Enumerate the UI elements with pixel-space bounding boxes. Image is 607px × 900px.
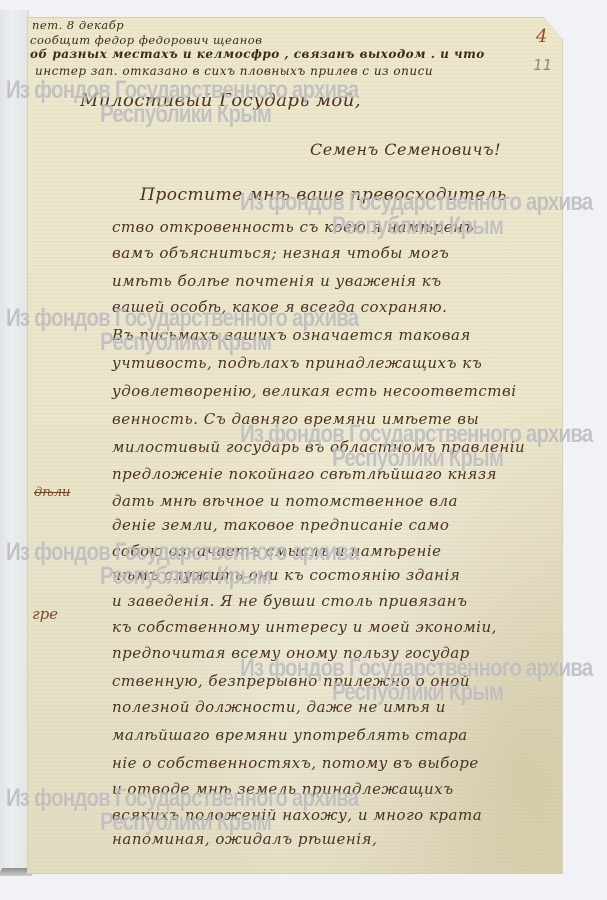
body-line-21: малѣйшаго времяни употреблять стара xyxy=(112,726,468,744)
body-line-15: чѣмъ служить они къ состоянію зданія xyxy=(112,566,460,584)
body-line-17: къ собственному интересу и моей экономіи… xyxy=(112,618,497,636)
top-note-4: инстер зап. отказано в сихъ пловныхъ при… xyxy=(35,64,433,78)
body-line-22: ніе о собственностяхъ, потому въ выборе xyxy=(112,754,479,772)
salutation: Милостивый Государь мой, xyxy=(80,90,361,111)
body-line-9: венность. Съ давняго времяни имѣете вы xyxy=(112,410,479,428)
body-line-19: ственную, безпрерывно прилежно о оной xyxy=(112,672,470,690)
addressee: Семенъ Семеновичъ! xyxy=(310,140,501,159)
body-line-16: и заведенія. Я не бувши столь привязанъ xyxy=(112,592,468,610)
folio-number: 4 xyxy=(536,26,547,47)
margin-note: гре xyxy=(32,605,58,623)
body-line-11: предложеніе покойнаго свѣтлѣйшаго князя xyxy=(112,465,497,483)
body-line-8: удовлетворенію, великая есть несоответст… xyxy=(112,382,517,400)
body-line-25: напоминая, ожидалъ рѣшенія, xyxy=(112,830,377,848)
body-line-1: Простите мнѣ ваше превосходитель xyxy=(140,185,507,205)
body-line-20: полезной должности, даже не имѣя и xyxy=(112,698,446,716)
body-line-12: дать мнѣ вѣчное и потомственное вла xyxy=(112,492,458,510)
top-note-3: об разных местахъ и келмосфро , связанъ … xyxy=(30,47,485,61)
body-line-13: деніе земли, таковое предписаніе само xyxy=(112,516,449,534)
body-line-6: Въ письмахъ вашихъ означается таковая xyxy=(112,326,471,344)
body-line-18: предпочитая всему оному пользу государ xyxy=(112,644,470,662)
body-line-4: имѣть болѣе почтенія и уваженія къ xyxy=(112,272,442,290)
top-note-2: сообщит федор федорович щеанов xyxy=(30,33,262,47)
body-line-5: вашей особѣ, какое я всегда сохраняю. xyxy=(112,298,447,316)
folio-pencil-mark: 11 xyxy=(531,56,553,74)
body-line-7: учтивость, подѣлахъ принадлежащихъ къ xyxy=(112,354,482,372)
body-line-24: всякихъ положеній нахожу, и много крата xyxy=(112,806,482,824)
body-line-14: собою означаетъ смыслъ и намѣреніе xyxy=(112,542,442,560)
body-line-3: вамъ объясниться; незная чтобы могъ xyxy=(112,244,449,262)
binding-strip xyxy=(0,10,29,872)
margin-note-struck: дѣли xyxy=(34,485,70,500)
body-line-23: и отводе мнѣ земель принадлежащихъ xyxy=(112,780,454,798)
top-note-1: пет. 8 декабр xyxy=(32,18,124,32)
body-line-10: милостивый государь въ областномъ правле… xyxy=(112,438,525,456)
body-line-2: ство откровенность съ коею я намѣренъ xyxy=(112,218,474,236)
